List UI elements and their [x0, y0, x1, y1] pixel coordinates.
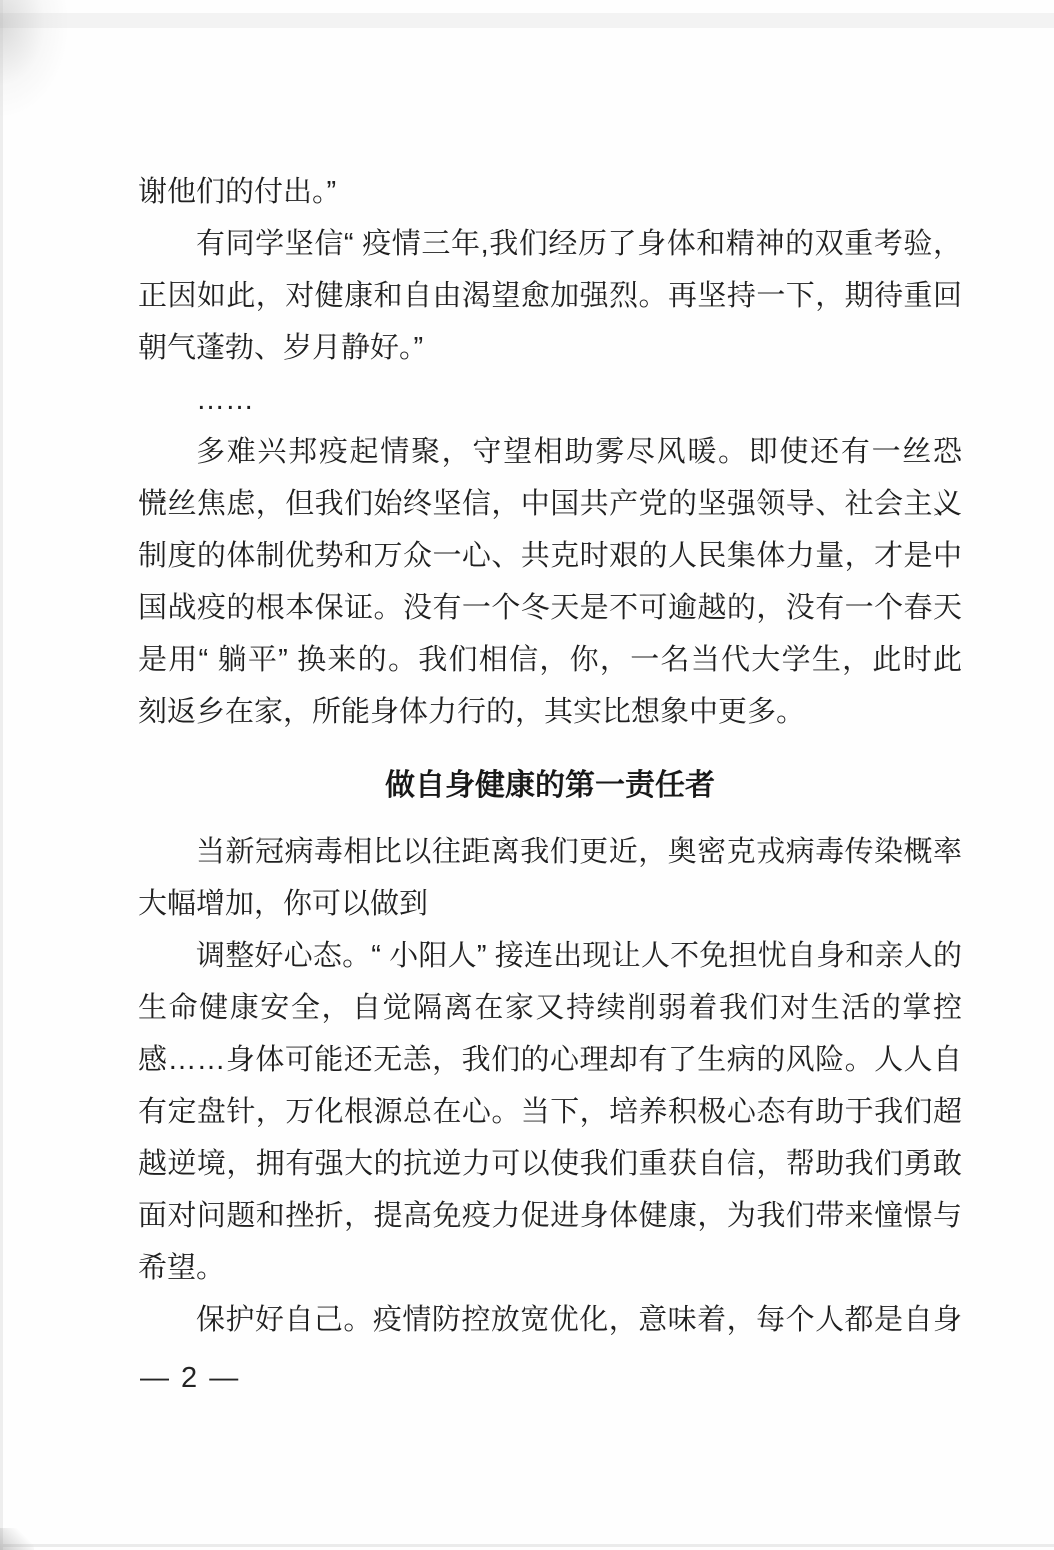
body-line: 大幅增加，你可以做到: [138, 878, 962, 930]
body-line: 多难兴邦疫起情聚，守望相助雾尽风暖。即使还有一丝恐慌、: [138, 426, 962, 478]
body-line: 感……身体可能还无恙，我们的心理却有了生病的风险。人人自: [138, 1034, 962, 1086]
scanned-document-page: 谢他们的付出。” 有同学坚信“ 疫情三年,我们经历了身体和精神的双重考验， 正因…: [0, 0, 1054, 1550]
page-number: — 2 —: [140, 1352, 240, 1404]
scan-artifact-bottom-line: [0, 1544, 1054, 1547]
body-line: 调整好心态。“ 小阳人” 接连出现让人不免担忧自身和亲人的: [138, 930, 962, 982]
body-line-ellipsis: ……: [138, 374, 962, 426]
body-line: 有同学坚信“ 疫情三年,我们经历了身体和精神的双重考验，: [138, 218, 962, 270]
body-line: 希望。: [138, 1242, 962, 1294]
body-line: 是用“ 躺平” 换来的。我们相信，你，一名当代大学生，此时此: [138, 634, 962, 686]
body-line: 正因如此，对健康和自由渴望愈加强烈。再坚持一下，期待重回: [138, 270, 962, 322]
section-heading: 做自身健康的第一责任者: [138, 760, 962, 812]
scan-artifact-top-band: [0, 13, 1054, 28]
body-line: 当新冠病毒相比以往距离我们更近，奥密克戎病毒传染概率: [138, 826, 962, 878]
page-body: 谢他们的付出。” 有同学坚信“ 疫情三年,我们经历了身体和精神的双重考验， 正因…: [138, 166, 962, 1346]
scan-artifact-left-edge: [0, 0, 3, 1550]
body-line: 保护好自己。疫情防控放宽优化，意味着，每个人都是自身: [138, 1294, 962, 1346]
body-line: 越逆境，拥有强大的抗逆力可以使我们重获自信，帮助我们勇敢: [138, 1138, 962, 1190]
body-line: 国战疫的根本保证。没有一个冬天是不可逾越的，没有一个春天: [138, 582, 962, 634]
body-line: 制度的体制优势和万众一心、共克时艰的人民集体力量，才是中: [138, 530, 962, 582]
body-line: 朝气蓬勃、岁月静好。”: [138, 322, 962, 374]
body-line: 刻返乡在家，所能身体力行的，其实比想象中更多。: [138, 686, 962, 738]
scan-artifact-topleft-smudge: [0, 0, 70, 120]
body-line: 一丝焦虑，但我们始终坚信，中国共产党的坚强领导、社会主义: [138, 478, 962, 530]
body-line: 生命健康安全，自觉隔离在家又持续削弱着我们对生活的掌控: [138, 982, 962, 1034]
body-line: 有定盘针，万化根源总在心。当下，培养积极心态有助于我们超: [138, 1086, 962, 1138]
scan-artifact-bottomleft-smudge: [0, 1528, 34, 1550]
body-line: 面对问题和挫折，提高免疫力促进身体健康，为我们带来憧憬与: [138, 1190, 962, 1242]
body-line: 谢他们的付出。”: [138, 166, 962, 218]
